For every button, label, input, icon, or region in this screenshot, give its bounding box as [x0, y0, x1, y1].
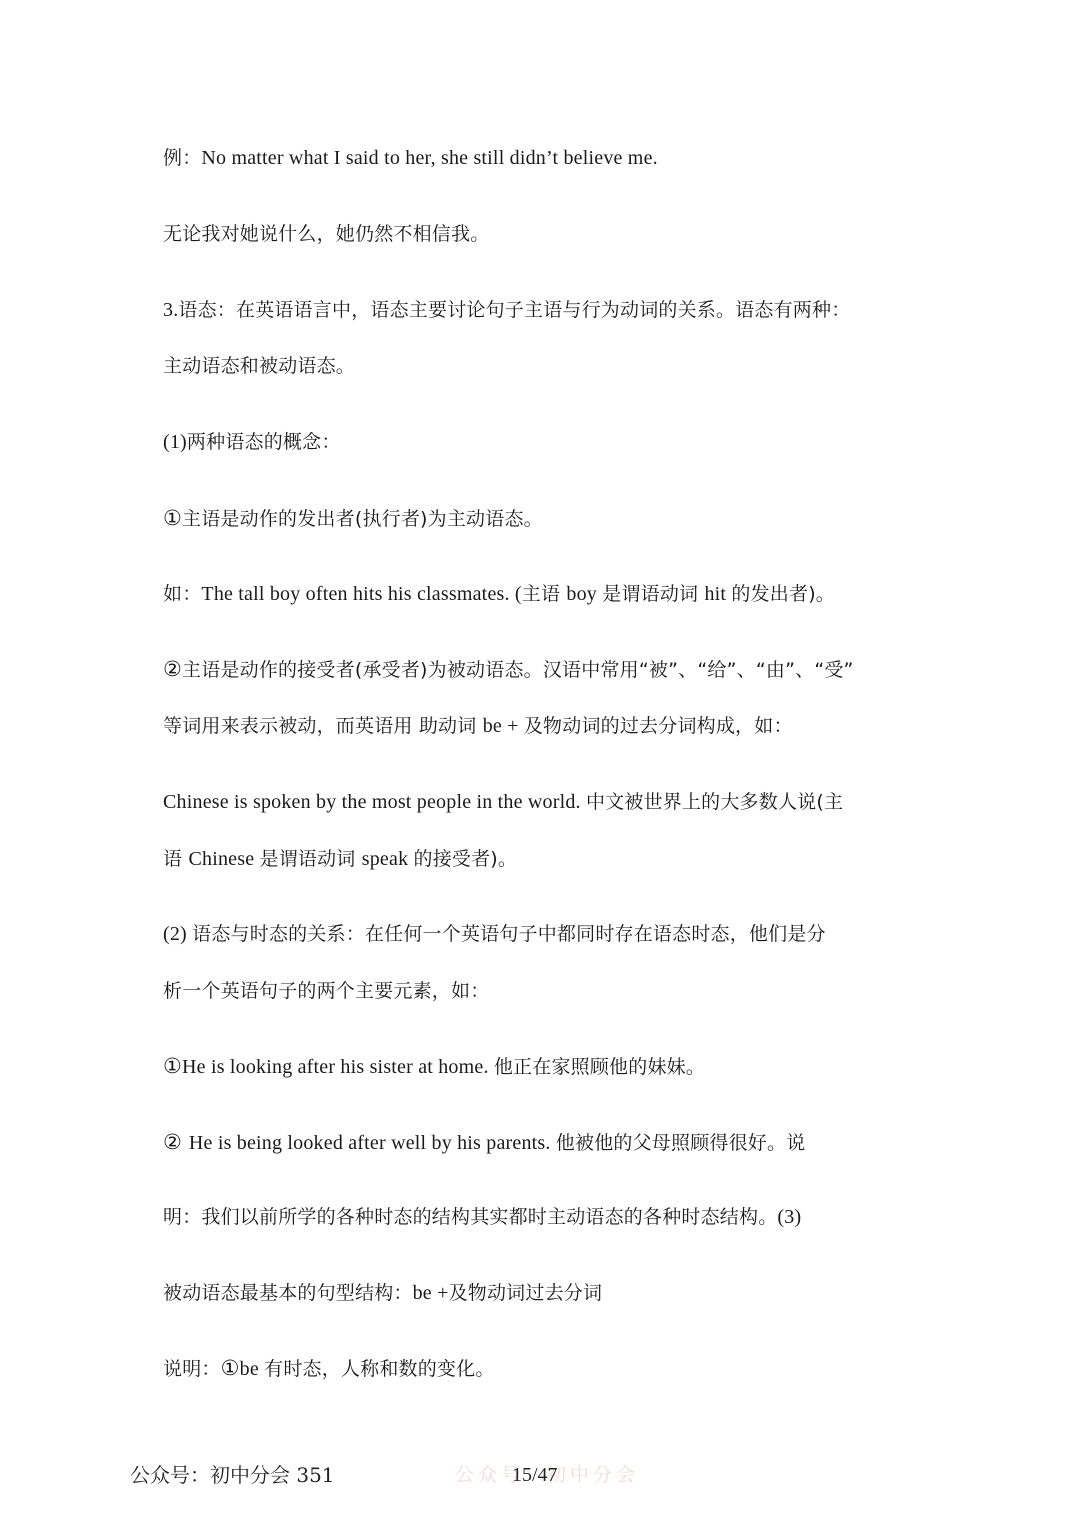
- footer-account-label: 公众号：初中分会 351: [130, 1461, 335, 1489]
- text-segment: 的发出者)。: [731, 583, 835, 605]
- text-segment: 主语是动作的发出者(执行者)为主动语态。: [182, 508, 543, 530]
- text-segment: The tall boy often hits his classmates. …: [201, 583, 521, 605]
- text-segment: 主动语态和被动语态。: [163, 355, 355, 377]
- text-segment: 中文被世界上的大多数人说(主: [586, 791, 843, 813]
- text-line: 主动语态和被动语态。: [163, 352, 355, 380]
- text-segment: hit: [704, 583, 731, 605]
- text-segment: 的接受者)。: [414, 848, 518, 870]
- circled-number-marker: ②: [163, 657, 182, 681]
- text-line: 被动语态最基本的句型结构：be +及物动词过去分词: [163, 1279, 602, 1307]
- text-line: ②主语是动作的接受者(承受者)为被动语态。汉语中常用“被”、“给”、“由”、“受…: [163, 655, 854, 684]
- circled-number-marker: ①: [163, 1054, 182, 1078]
- text-segment: 他正在家照顾他的妹妹。: [494, 1056, 705, 1078]
- text-segment: 等词用来表示被动，而英语用 助动词: [163, 715, 483, 737]
- text-segment: speak: [362, 848, 414, 870]
- text-line: ①主语是动作的发出者(执行者)为主动语态。: [163, 504, 543, 533]
- text-segment: 及物动词过去分词: [449, 1282, 603, 1304]
- text-segment: He is being looked after well by his par…: [189, 1132, 556, 1154]
- text-segment: (3): [777, 1206, 801, 1228]
- text-line: (1)两种语态的概念：: [163, 428, 341, 456]
- text-segment: 无论我对她说什么，她仍然不相信我。: [163, 223, 489, 245]
- text-segment: 如：: [163, 583, 201, 605]
- text-segment: 语态：在英语语言中，语态主要讨论句子主语与行为动词的关系。语态有两种：: [178, 299, 850, 321]
- text-segment: 说明：: [163, 1358, 221, 1380]
- text-segment: 主语: [522, 583, 567, 605]
- text-line: 等词用来表示被动，而英语用 助动词 be + 及物动词的过去分词构成，如：: [163, 712, 793, 740]
- text-segment: 析一个英语句子的两个主要元素，如：: [163, 980, 489, 1002]
- text-segment: (1): [163, 431, 187, 453]
- text-segment: Chinese is spoken by the most people in …: [163, 791, 586, 813]
- text-segment: 两种语态的概念：: [187, 431, 341, 453]
- text-line: (2) 语态与时态的关系：在任何一个英语句子中都同时存在语态时态，他们是分: [163, 920, 826, 948]
- page-number: 15/47: [512, 1461, 558, 1489]
- document-page: 例：No matter what I said to her, she stil…: [0, 0, 1080, 1527]
- text-line: 例：No matter what I said to her, she stil…: [163, 144, 658, 172]
- circled-number-marker: ①: [221, 1356, 240, 1380]
- text-line: 析一个英语句子的两个主要元素，如：: [163, 977, 489, 1005]
- text-line: 明：我们以前所学的各种时态的结构其实都时主动语态的各种时态结构。(3): [163, 1203, 801, 1231]
- text-line: ①He is looking after his sister at home.…: [163, 1052, 705, 1081]
- text-line: 如：The tall boy often hits his classmates…: [163, 580, 835, 608]
- text-segment: (2): [163, 923, 192, 945]
- text-line: ② He is being looked after well by his p…: [163, 1128, 805, 1157]
- text-segment: 语态与时态的关系：在任何一个英语句子中都同时存在语态时态，他们是分: [192, 923, 826, 945]
- text-segment: Chinese: [188, 848, 259, 870]
- text-segment: 被动语态最基本的句型结构：: [163, 1282, 413, 1304]
- text-segment: 例：: [163, 147, 201, 169]
- text-line: 语 Chinese 是谓语动词 speak 的接受者)。: [163, 845, 517, 873]
- circled-number-marker: ②: [163, 1130, 189, 1154]
- footer-page-indicator: 公众号：初中分会 15/47: [455, 1461, 630, 1489]
- text-segment: 是谓语动词: [602, 583, 704, 605]
- text-segment: 他被他的父母照顾得很好。说: [556, 1132, 806, 1154]
- text-segment: He is looking after his sister at home.: [182, 1056, 494, 1078]
- text-segment: 是谓语动词: [260, 848, 362, 870]
- text-segment: 有时态，人称和数的变化。: [264, 1358, 494, 1380]
- text-segment: 明：我们以前所学的各种时态的结构其实都时主动语态的各种时态结构。: [163, 1206, 777, 1228]
- circled-number-marker: ①: [163, 506, 182, 530]
- text-line: 说明：①be 有时态，人称和数的变化。: [163, 1354, 495, 1383]
- text-segment: No matter what I said to her, she still …: [201, 147, 657, 169]
- text-segment: be +: [483, 715, 524, 737]
- text-segment: be +: [413, 1282, 449, 1304]
- text-segment: 及物动词的过去分词构成，如：: [524, 715, 793, 737]
- text-segment: 3.: [163, 299, 178, 321]
- text-segment: 语: [163, 848, 188, 870]
- text-segment: boy: [566, 583, 602, 605]
- text-segment: be: [240, 1358, 264, 1380]
- text-line: 3.语态：在英语语言中，语态主要讨论句子主语与行为动词的关系。语态有两种：: [163, 296, 850, 324]
- text-segment: 主语是动作的接受者(承受者)为被动语态。汉语中常用“被”、“给”、“由”、“受”: [182, 659, 854, 681]
- text-line: 无论我对她说什么，她仍然不相信我。: [163, 220, 489, 248]
- text-line: Chinese is spoken by the most people in …: [163, 788, 843, 816]
